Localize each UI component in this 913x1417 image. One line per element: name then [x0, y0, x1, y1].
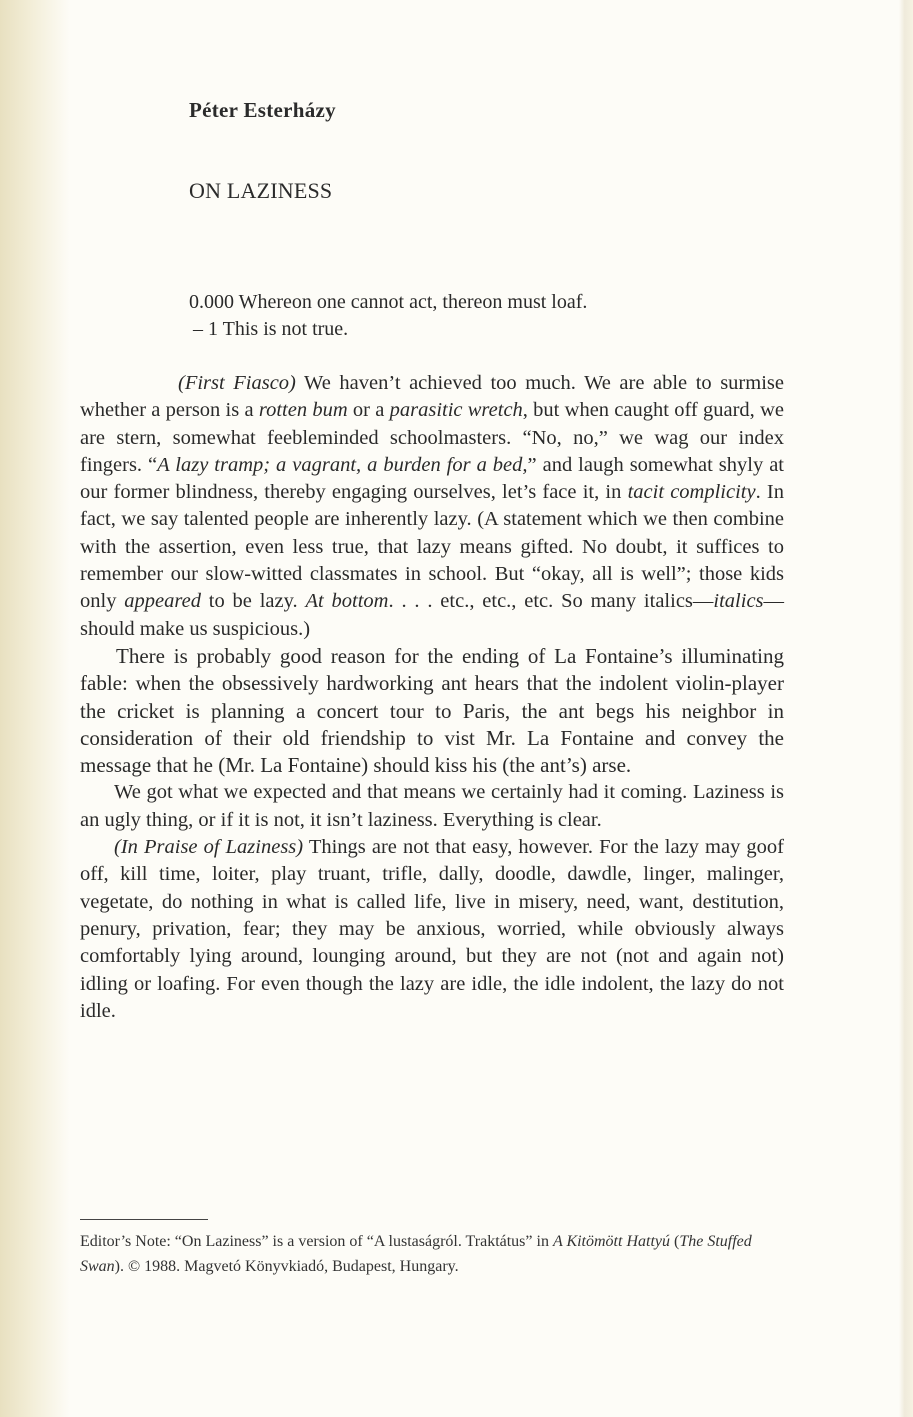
italic-text: italics [713, 590, 763, 612]
page-gutter-shadow [0, 0, 70, 1417]
essay-title: ON LAZINESS [189, 178, 332, 204]
text-run: Editor’s Note: “On Laziness” is a versio… [80, 1233, 553, 1250]
text-run: We got what we expected and that means w… [80, 781, 784, 830]
author-name: Péter Esterházy [189, 98, 336, 123]
epigraph-line-2: – 1 This is not true. [189, 316, 587, 343]
body-text: (First Fiasco) We haven’t achieved too m… [80, 370, 784, 1025]
text-run: There is probably good reason for the en… [80, 644, 784, 777]
italic-text: rotten bum [259, 399, 348, 421]
text-run: ). © 1988. Magvetó Könyvkiadó, Budapest,… [115, 1258, 459, 1275]
footnote-divider [80, 1219, 208, 1220]
italic-text: tacit complicity [628, 481, 756, 503]
italic-text: (First Fiasco) [178, 372, 296, 394]
paragraph-in-praise: (In Praise of Laziness) Things are not t… [80, 834, 784, 1025]
italic-text: A lazy tramp; a vagrant, a burden for a … [157, 454, 527, 476]
paragraph-la-fontaine: There is probably good reason for the en… [80, 643, 784, 779]
page-edge [899, 0, 913, 1417]
text-run: . . . . etc., etc., etc. So many italics… [389, 590, 714, 612]
italic-text: appeared [124, 590, 201, 612]
text-run: or a [348, 399, 390, 421]
epigraph: 0.000 Whereon one cannot act, thereon mu… [189, 289, 587, 343]
italic-text: At bottom [306, 590, 389, 612]
italic-text: A Kitömött Hattyú [553, 1233, 670, 1250]
italic-text: (In Praise of Laziness) [114, 836, 303, 858]
editors-note-footnote: Editor’s Note: “On Laziness” is a versio… [80, 1229, 780, 1279]
italic-text: parasitic wretch [390, 399, 523, 421]
epigraph-line-1: 0.000 Whereon one cannot act, thereon mu… [189, 289, 587, 316]
text-run: to be lazy. [201, 590, 306, 612]
paragraph-first-fiasco: (First Fiasco) We haven’t achieved too m… [80, 370, 784, 643]
paragraph-expected: We got what we expected and that means w… [80, 779, 784, 834]
text-run: Things are not that easy, however. For t… [80, 836, 784, 1022]
text-run: ( [670, 1233, 679, 1250]
